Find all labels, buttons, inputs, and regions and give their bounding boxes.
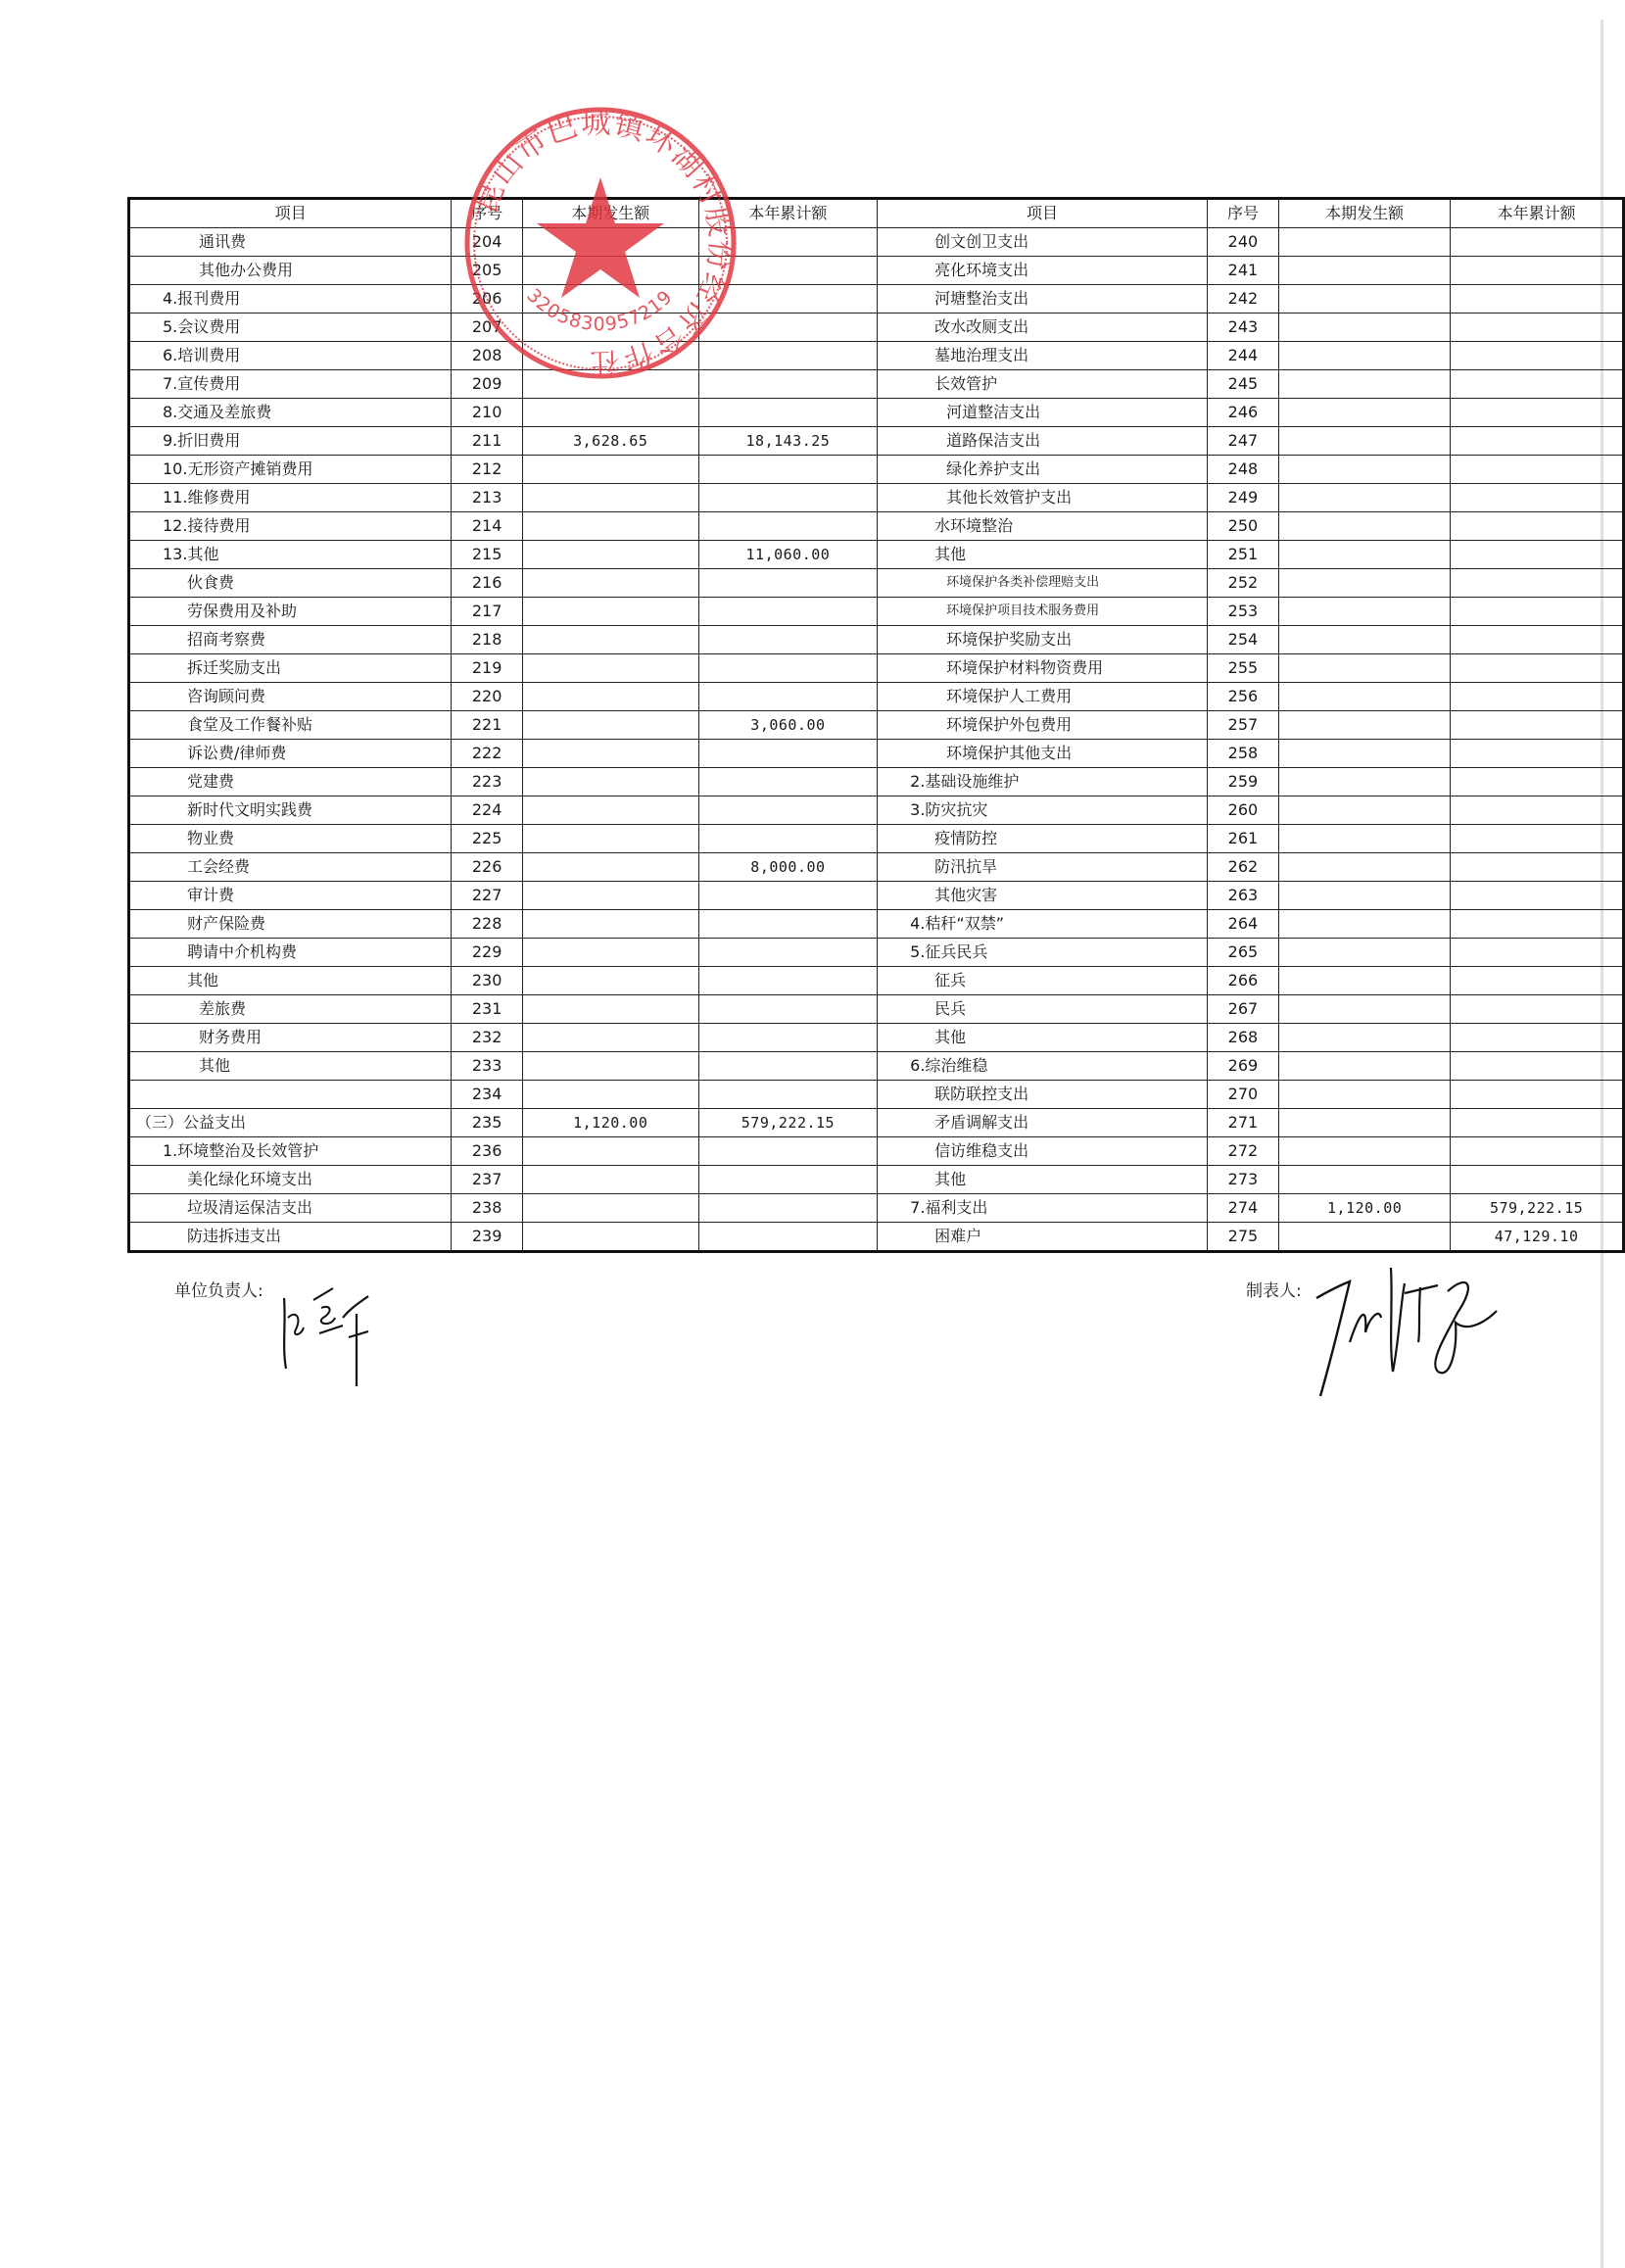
row-seq-right: 270	[1207, 1081, 1278, 1109]
row-seq-left: 204	[452, 228, 522, 257]
row-item-right: 信访维稳支出	[878, 1137, 1208, 1166]
row-item-left: 审计费	[129, 882, 452, 910]
row-ytd-right	[1451, 796, 1624, 825]
row-seq-left: 237	[452, 1166, 522, 1194]
row-item-right: 环境保护奖励支出	[878, 626, 1208, 654]
row-current-left	[522, 796, 698, 825]
row-seq-right: 240	[1207, 228, 1278, 257]
row-current-left: 1,120.00	[522, 1109, 698, 1137]
row-seq-right: 263	[1207, 882, 1278, 910]
row-item-right: 防汛抗旱	[878, 853, 1208, 882]
row-item-left: 差旅费	[129, 995, 452, 1024]
header-current-right: 本期发生额	[1279, 199, 1451, 228]
row-seq-left: 210	[452, 399, 522, 427]
table-row: 通讯费204创文创卫支出240	[129, 228, 1624, 257]
row-item-right: 其他	[878, 1024, 1208, 1052]
row-ytd-right	[1451, 1024, 1624, 1052]
unit-head-signature	[274, 1279, 411, 1396]
table-row: 防违拆违支出239困难户27547,129.10	[129, 1223, 1624, 1252]
row-seq-right: 260	[1207, 796, 1278, 825]
row-ytd-right	[1451, 228, 1624, 257]
row-item-left: 11.维修费用	[129, 484, 452, 512]
table-row: 9.折旧费用2113,628.6518,143.25道路保洁支出247	[129, 427, 1624, 456]
row-current-right	[1279, 825, 1451, 853]
header-seq-left: 序号	[452, 199, 522, 228]
row-seq-left: 207	[452, 314, 522, 342]
row-item-left: 7.宣传费用	[129, 370, 452, 399]
row-ytd-right	[1451, 967, 1624, 995]
row-seq-left: 221	[452, 711, 522, 740]
row-current-right	[1279, 995, 1451, 1024]
table-row: 财务费用232其他268	[129, 1024, 1624, 1052]
row-current-right	[1279, 967, 1451, 995]
table-row: 6.培训费用208墓地治理支出244	[129, 342, 1624, 370]
row-current-right	[1279, 711, 1451, 740]
row-seq-right: 249	[1207, 484, 1278, 512]
row-current-left	[522, 598, 698, 626]
row-item-right: 河塘整治支出	[878, 285, 1208, 314]
row-item-left: 防违拆违支出	[129, 1223, 452, 1252]
header-item-left: 项目	[129, 199, 452, 228]
row-current-right	[1279, 257, 1451, 285]
row-ytd-right	[1451, 1166, 1624, 1194]
row-ytd-right	[1451, 768, 1624, 796]
row-seq-left: 220	[452, 683, 522, 711]
row-seq-left: 223	[452, 768, 522, 796]
row-item-right: 矛盾调解支出	[878, 1109, 1208, 1137]
row-item-right: 创文创卫支出	[878, 228, 1208, 257]
row-seq-right: 262	[1207, 853, 1278, 882]
row-seq-left: 224	[452, 796, 522, 825]
table-row: 美化绿化环境支出237其他273	[129, 1166, 1624, 1194]
row-ytd-left	[698, 342, 877, 370]
row-ytd-left	[698, 967, 877, 995]
row-ytd-right	[1451, 654, 1624, 683]
row-ytd-right	[1451, 825, 1624, 853]
table-row: 12.接待费用214水环境整治250	[129, 512, 1624, 541]
row-ytd-right	[1451, 569, 1624, 598]
row-item-left: 新时代文明实践费	[129, 796, 452, 825]
row-ytd-right	[1451, 683, 1624, 711]
row-ytd-right	[1451, 1081, 1624, 1109]
row-seq-right: 256	[1207, 683, 1278, 711]
row-item-right: 墓地治理支出	[878, 342, 1208, 370]
table-row: 食堂及工作餐补贴2213,060.00环境保护外包费用257	[129, 711, 1624, 740]
row-seq-left: 214	[452, 512, 522, 541]
row-item-right: 水环境整治	[878, 512, 1208, 541]
row-seq-right: 241	[1207, 257, 1278, 285]
row-current-right	[1279, 1081, 1451, 1109]
table-row: 诉讼费/律师费222环境保护其他支出258	[129, 740, 1624, 768]
row-seq-right: 242	[1207, 285, 1278, 314]
row-current-left	[522, 1024, 698, 1052]
row-item-left: 垃圾清运保洁支出	[129, 1194, 452, 1223]
row-seq-right: 247	[1207, 427, 1278, 456]
header-seq-right: 序号	[1207, 199, 1278, 228]
row-seq-left: 218	[452, 626, 522, 654]
row-seq-right: 246	[1207, 399, 1278, 427]
row-ytd-left	[698, 740, 877, 768]
row-current-right	[1279, 1109, 1451, 1137]
row-ytd-right	[1451, 427, 1624, 456]
table-row: 聘请中介机构费2295.征兵民兵265	[129, 939, 1624, 967]
row-current-right	[1279, 598, 1451, 626]
row-item-right: 困难户	[878, 1223, 1208, 1252]
row-item-right: 改水改厕支出	[878, 314, 1208, 342]
row-ytd-right	[1451, 939, 1624, 967]
row-seq-right: 251	[1207, 541, 1278, 569]
row-seq-right: 257	[1207, 711, 1278, 740]
table-row: 伙食费216环境保护各类补偿理赔支出252	[129, 569, 1624, 598]
row-ytd-right	[1451, 314, 1624, 342]
row-ytd-left	[698, 314, 877, 342]
row-current-left	[522, 825, 698, 853]
row-item-right: 环境保护其他支出	[878, 740, 1208, 768]
row-item-right: 5.征兵民兵	[878, 939, 1208, 967]
row-seq-left: 222	[452, 740, 522, 768]
row-item-left: 1.环境整治及长效管护	[129, 1137, 452, 1166]
row-seq-right: 273	[1207, 1166, 1278, 1194]
row-ytd-left	[698, 484, 877, 512]
row-item-left: 美化绿化环境支出	[129, 1166, 452, 1194]
row-item-left: 13.其他	[129, 541, 452, 569]
row-current-left	[522, 370, 698, 399]
row-item-right: 4.秸秆“双禁”	[878, 910, 1208, 939]
table-row: 新时代文明实践费2243.防灾抗灾260	[129, 796, 1624, 825]
row-ytd-left	[698, 939, 877, 967]
row-ytd-left	[698, 1081, 877, 1109]
row-current-left	[522, 853, 698, 882]
row-item-right: 7.福利支出	[878, 1194, 1208, 1223]
row-ytd-left	[698, 1052, 877, 1081]
row-item-left: （三）公益支出	[129, 1109, 452, 1137]
row-ytd-left: 18,143.25	[698, 427, 877, 456]
row-current-right	[1279, 541, 1451, 569]
row-item-left: 工会经费	[129, 853, 452, 882]
row-seq-left: 211	[452, 427, 522, 456]
row-item-left: 4.报刊费用	[129, 285, 452, 314]
row-current-left	[522, 1137, 698, 1166]
row-current-right	[1279, 512, 1451, 541]
row-item-left: 5.会议费用	[129, 314, 452, 342]
row-seq-right: 261	[1207, 825, 1278, 853]
row-seq-left: 235	[452, 1109, 522, 1137]
row-seq-right: 258	[1207, 740, 1278, 768]
row-item-right: 其他长效管护支出	[878, 484, 1208, 512]
row-current-left	[522, 683, 698, 711]
row-current-left	[522, 569, 698, 598]
table-header-row: 项目 序号 本期发生额 本年累计额 项目 序号 本期发生额 本年累计额	[129, 199, 1624, 228]
table-row: 4.报刊费用206河塘整治支出242	[129, 285, 1624, 314]
row-seq-right: 252	[1207, 569, 1278, 598]
row-current-right	[1279, 314, 1451, 342]
row-seq-left: 236	[452, 1137, 522, 1166]
row-ytd-left: 8,000.00	[698, 853, 877, 882]
table-row: 10.无形资产摊销费用212绿化养护支出248	[129, 456, 1624, 484]
row-seq-left: 213	[452, 484, 522, 512]
row-seq-left: 208	[452, 342, 522, 370]
table-body: 通讯费204创文创卫支出240其他办公费用205亮化环境支出2414.报刊费用2…	[129, 228, 1624, 1252]
row-ytd-right	[1451, 484, 1624, 512]
row-current-right	[1279, 1052, 1451, 1081]
row-seq-left: 238	[452, 1194, 522, 1223]
row-item-left: 其他办公费用	[129, 257, 452, 285]
row-seq-right: 267	[1207, 995, 1278, 1024]
row-ytd-right	[1451, 1052, 1624, 1081]
row-current-right	[1279, 1137, 1451, 1166]
row-item-right: 环境保护人工费用	[878, 683, 1208, 711]
row-item-right: 环境保护材料物资费用	[878, 654, 1208, 683]
row-ytd-left	[698, 1024, 877, 1052]
row-current-left	[522, 399, 698, 427]
row-current-left: 3,628.65	[522, 427, 698, 456]
table-row: 财产保险费2284.秸秆“双禁”264	[129, 910, 1624, 939]
row-ytd-right	[1451, 598, 1624, 626]
row-item-right: 环境保护外包费用	[878, 711, 1208, 740]
row-ytd-left	[698, 1137, 877, 1166]
table-row: 8.交通及差旅费210河道整洁支出246	[129, 399, 1624, 427]
row-current-right	[1279, 342, 1451, 370]
row-seq-right: 268	[1207, 1024, 1278, 1052]
row-ytd-right	[1451, 541, 1624, 569]
row-current-left	[522, 768, 698, 796]
table-row: 垃圾清运保洁支出2387.福利支出2741,120.00579,222.15	[129, 1194, 1624, 1223]
row-current-left	[522, 910, 698, 939]
row-seq-right: 275	[1207, 1223, 1278, 1252]
row-ytd-left	[698, 1223, 877, 1252]
row-seq-left: 230	[452, 967, 522, 995]
row-ytd-left: 3,060.00	[698, 711, 877, 740]
row-item-right: 联防联控支出	[878, 1081, 1208, 1109]
row-ytd-left	[698, 598, 877, 626]
row-current-left	[522, 882, 698, 910]
row-current-left	[522, 1166, 698, 1194]
row-seq-left: 231	[452, 995, 522, 1024]
row-ytd-right: 47,129.10	[1451, 1223, 1624, 1252]
row-ytd-right	[1451, 342, 1624, 370]
row-ytd-left: 579,222.15	[698, 1109, 877, 1137]
row-ytd-right	[1451, 399, 1624, 427]
row-ytd-left	[698, 910, 877, 939]
row-seq-right: 264	[1207, 910, 1278, 939]
row-ytd-left	[698, 768, 877, 796]
row-item-right: 6.综治维稳	[878, 1052, 1208, 1081]
row-current-right	[1279, 683, 1451, 711]
row-seq-left: 216	[452, 569, 522, 598]
row-item-left: 其他	[129, 1052, 452, 1081]
table-row: 物业费225疫情防控261	[129, 825, 1624, 853]
table-row: 其他2336.综治维稳269	[129, 1052, 1624, 1081]
row-current-left	[522, 512, 698, 541]
row-seq-left: 228	[452, 910, 522, 939]
row-item-right: 征兵	[878, 967, 1208, 995]
row-item-right: 民兵	[878, 995, 1208, 1024]
row-ytd-left	[698, 796, 877, 825]
row-ytd-right	[1451, 740, 1624, 768]
row-ytd-left	[698, 370, 877, 399]
row-ytd-left	[698, 257, 877, 285]
row-current-left	[522, 654, 698, 683]
row-seq-right: 259	[1207, 768, 1278, 796]
row-current-right	[1279, 285, 1451, 314]
row-item-right: 河道整洁支出	[878, 399, 1208, 427]
row-seq-right: 253	[1207, 598, 1278, 626]
row-seq-left: 212	[452, 456, 522, 484]
row-item-left: 9.折旧费用	[129, 427, 452, 456]
row-ytd-left	[698, 654, 877, 683]
row-current-left	[522, 257, 698, 285]
unit-head-label: 单位负责人:	[174, 1277, 263, 1301]
row-ytd-right	[1451, 370, 1624, 399]
row-item-right: 环境保护项目技术服务费用	[878, 598, 1208, 626]
row-ytd-left	[698, 512, 877, 541]
row-ytd-left	[698, 825, 877, 853]
table-row: 13.其他21511,060.00其他251	[129, 541, 1624, 569]
row-ytd-right	[1451, 910, 1624, 939]
row-current-left	[522, 1081, 698, 1109]
row-current-left	[522, 967, 698, 995]
table-row: 7.宣传费用209长效管护245	[129, 370, 1624, 399]
row-current-left	[522, 314, 698, 342]
row-ytd-right	[1451, 711, 1624, 740]
row-item-left: 通讯费	[129, 228, 452, 257]
row-current-right	[1279, 768, 1451, 796]
row-current-left	[522, 711, 698, 740]
row-current-right	[1279, 1024, 1451, 1052]
row-seq-left: 206	[452, 285, 522, 314]
table-row: 审计费227其他灾害263	[129, 882, 1624, 910]
row-current-right	[1279, 796, 1451, 825]
row-seq-left: 219	[452, 654, 522, 683]
header-ytd-right: 本年累计额	[1451, 199, 1624, 228]
row-ytd-right	[1451, 1137, 1624, 1166]
header-item-right: 项目	[878, 199, 1208, 228]
row-seq-left: 217	[452, 598, 522, 626]
row-item-left: 食堂及工作餐补贴	[129, 711, 452, 740]
row-seq-left: 209	[452, 370, 522, 399]
row-item-left: 招商考察费	[129, 626, 452, 654]
row-current-right	[1279, 882, 1451, 910]
row-current-left	[522, 285, 698, 314]
row-ytd-right	[1451, 456, 1624, 484]
row-current-right	[1279, 399, 1451, 427]
row-ytd-right	[1451, 626, 1624, 654]
row-seq-left: 215	[452, 541, 522, 569]
row-ytd-right	[1451, 853, 1624, 882]
row-item-right: 2.基础设施维护	[878, 768, 1208, 796]
row-ytd-right	[1451, 995, 1624, 1024]
row-item-right: 环境保护各类补偿理赔支出	[878, 569, 1208, 598]
row-current-right	[1279, 939, 1451, 967]
row-ytd-right: 579,222.15	[1451, 1194, 1624, 1223]
row-item-right: 长效管护	[878, 370, 1208, 399]
row-item-left: 8.交通及差旅费	[129, 399, 452, 427]
row-current-left	[522, 1052, 698, 1081]
row-current-right	[1279, 427, 1451, 456]
row-current-left	[522, 1194, 698, 1223]
row-item-left: 6.培训费用	[129, 342, 452, 370]
row-ytd-right	[1451, 882, 1624, 910]
row-current-right: 1,120.00	[1279, 1194, 1451, 1223]
row-seq-right: 243	[1207, 314, 1278, 342]
table-row: 11.维修费用213其他长效管护支出249	[129, 484, 1624, 512]
row-current-right	[1279, 1166, 1451, 1194]
row-item-left: 物业费	[129, 825, 452, 853]
row-item-left: 财务费用	[129, 1024, 452, 1052]
row-current-right	[1279, 740, 1451, 768]
table-row: 党建费2232.基础设施维护259	[129, 768, 1624, 796]
row-current-left	[522, 740, 698, 768]
row-item-right: 绿化养护支出	[878, 456, 1208, 484]
row-current-right	[1279, 1223, 1451, 1252]
row-current-left	[522, 995, 698, 1024]
row-ytd-left	[698, 995, 877, 1024]
row-ytd-left: 11,060.00	[698, 541, 877, 569]
table-row: 1.环境整治及长效管护236信访维稳支出272	[129, 1137, 1624, 1166]
row-ytd-left	[698, 1166, 877, 1194]
row-seq-right: 265	[1207, 939, 1278, 967]
row-seq-right: 274	[1207, 1194, 1278, 1223]
row-seq-right: 255	[1207, 654, 1278, 683]
row-current-left	[522, 228, 698, 257]
row-current-left	[522, 456, 698, 484]
row-seq-right: 254	[1207, 626, 1278, 654]
row-current-right	[1279, 569, 1451, 598]
row-current-left	[522, 626, 698, 654]
table-row: 工会经费2268,000.00防汛抗旱262	[129, 853, 1624, 882]
row-ytd-left	[698, 626, 877, 654]
row-seq-right: 271	[1207, 1109, 1278, 1137]
table-row: 5.会议费用207改水改厕支出243	[129, 314, 1624, 342]
row-current-right	[1279, 626, 1451, 654]
table-row: 咨询顾问费220环境保护人工费用256	[129, 683, 1624, 711]
row-item-left: 拆迁奖励支出	[129, 654, 452, 683]
row-item-left: 劳保费用及补助	[129, 598, 452, 626]
row-seq-left: 229	[452, 939, 522, 967]
row-seq-left: 225	[452, 825, 522, 853]
preparer-label: 制表人:	[1246, 1277, 1302, 1301]
row-ytd-left	[698, 399, 877, 427]
row-seq-right: 269	[1207, 1052, 1278, 1081]
row-seq-right: 250	[1207, 512, 1278, 541]
row-ytd-left	[698, 228, 877, 257]
row-ytd-left	[698, 1194, 877, 1223]
row-current-right	[1279, 484, 1451, 512]
row-ytd-left	[698, 569, 877, 598]
table-row: （三）公益支出2351,120.00579,222.15矛盾调解支出271	[129, 1109, 1624, 1137]
row-seq-left: 239	[452, 1223, 522, 1252]
table-row: 拆迁奖励支出219环境保护材料物资费用255	[129, 654, 1624, 683]
row-seq-right: 248	[1207, 456, 1278, 484]
row-seq-right: 272	[1207, 1137, 1278, 1166]
row-item-left: 12.接待费用	[129, 512, 452, 541]
header-ytd-left: 本年累计额	[698, 199, 877, 228]
row-ytd-left	[698, 285, 877, 314]
row-seq-right: 266	[1207, 967, 1278, 995]
row-seq-left: 234	[452, 1081, 522, 1109]
row-item-left: 财产保险费	[129, 910, 452, 939]
row-ytd-right	[1451, 285, 1624, 314]
row-item-right: 其他	[878, 541, 1208, 569]
row-current-left	[522, 484, 698, 512]
preparer-signature	[1311, 1264, 1516, 1401]
expense-ledger-table: 项目 序号 本期发生额 本年累计额 项目 序号 本期发生额 本年累计额 通讯费2…	[127, 197, 1625, 1253]
row-current-left	[522, 342, 698, 370]
row-seq-left: 233	[452, 1052, 522, 1081]
row-current-right	[1279, 228, 1451, 257]
row-item-left: 党建费	[129, 768, 452, 796]
table-row: 其他230征兵266	[129, 967, 1624, 995]
